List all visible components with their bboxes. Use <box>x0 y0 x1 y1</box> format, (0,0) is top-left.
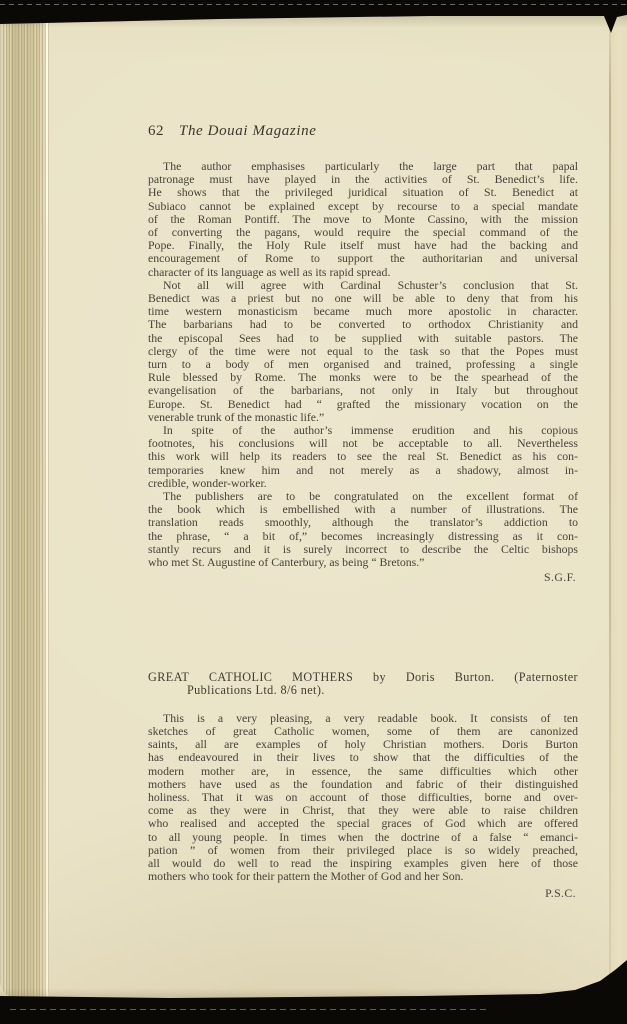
review-heading: GREAT CATHOLIC MOTHERS by Doris Burton. … <box>148 671 578 698</box>
text-line: temporaries knew him and not merely as a… <box>148 464 578 477</box>
review-benedict-paragraphs: The author emphasises particularly the l… <box>148 160 578 569</box>
text-line: encouragement of Rome to support the aut… <box>148 252 578 265</box>
reviewer-initials-psc: P.S.C. <box>148 887 578 900</box>
text-line: has endeavoured in their lives to show t… <box>148 751 578 764</box>
stacked-page-edges <box>0 19 49 1000</box>
page-number: 62 <box>148 123 164 140</box>
magazine-title: The Douai Magazine <box>179 123 316 140</box>
text-line: Europe. St. Benedict had “ grafted the m… <box>148 398 578 411</box>
text-line: translation reads smoothly, although the… <box>148 516 578 529</box>
reviewer-initials-sgf: S.G.F. <box>148 571 578 584</box>
paragraph: The publishers are to be congratulated o… <box>148 490 578 569</box>
text-line: mothers who took for their pattern the M… <box>148 870 578 883</box>
text-line: He shows that the privileged juridical s… <box>148 186 578 199</box>
text-line: character of its language as well as its… <box>148 266 578 279</box>
paragraph: This is a very pleasing, a very readable… <box>148 712 578 884</box>
text-line: modern mother are, in essence, the same … <box>148 765 578 778</box>
right-page-margin <box>611 14 627 998</box>
text-line: who realised and accepted the special gr… <box>148 817 578 830</box>
review-mothers-paragraphs: This is a very pleasing, a very readable… <box>148 712 578 884</box>
book-scan: 62 The Douai Magazine The author emphasi… <box>0 0 627 1024</box>
text-line: pation ” of women from their privileged … <box>148 844 578 857</box>
paragraph: Not all will agree with Cardinal Schuste… <box>148 279 578 424</box>
text-line: the episcopal Sees had to be supplied wi… <box>148 332 578 345</box>
text-column: 62 The Douai Magazine The author emphasi… <box>148 123 578 901</box>
page-header: 62 The Douai Magazine <box>148 123 578 141</box>
text-line: to all young people. In times when the d… <box>148 831 578 844</box>
body-copy: The author emphasises particularly the l… <box>148 160 578 901</box>
fold-crease <box>609 18 611 996</box>
text-line: who met St. Augustine of Canterbury, as … <box>148 556 578 569</box>
paragraph: In spite of the author’s immense eruditi… <box>148 424 578 490</box>
review-heading-line-2: Publications Ltd. 8/6 net). <box>148 684 578 698</box>
text-line: evangelisation of the barbarians, not on… <box>148 384 578 397</box>
text-line: mothers have used as the foundation and … <box>148 778 578 791</box>
text-line: This is a very pleasing, a very readable… <box>148 712 578 725</box>
text-line: the phrase, “ a bit of,” becomes increas… <box>148 530 578 543</box>
text-line: The barbarians had to be converted to or… <box>148 318 578 331</box>
text-line: Subiaco cannot be explained except by re… <box>148 200 578 213</box>
text-line: this work will help its readers to see t… <box>148 450 578 463</box>
paragraph: The author emphasises particularly the l… <box>148 160 578 279</box>
review-heading-line-1: GREAT CATHOLIC MOTHERS by Doris Burton. … <box>148 671 578 685</box>
